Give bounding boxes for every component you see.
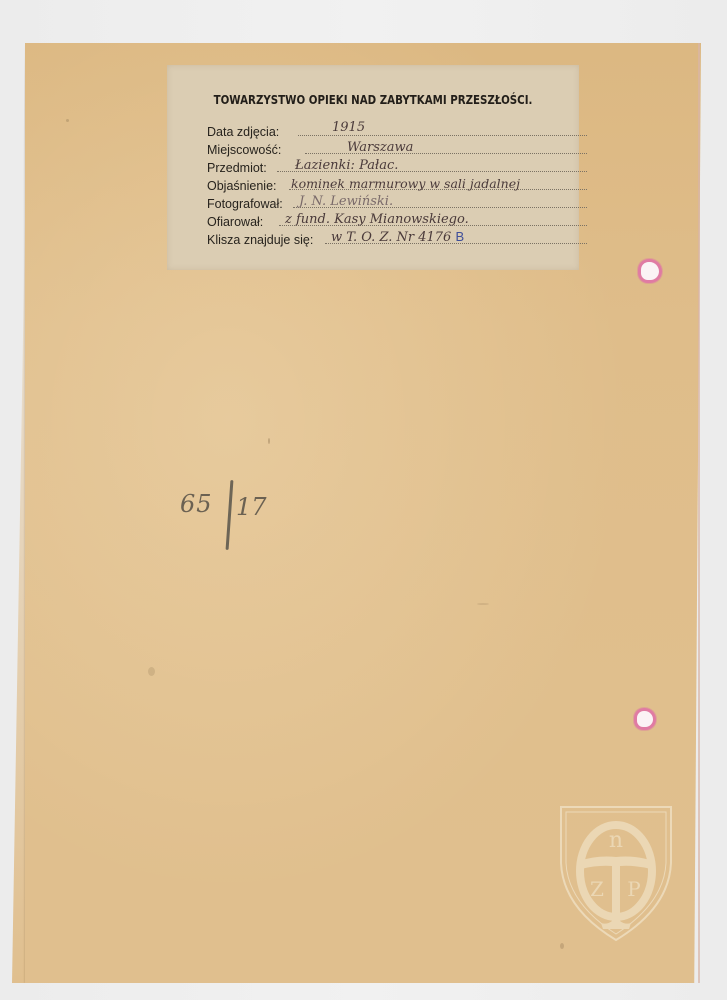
negative-suffix: B	[455, 229, 464, 244]
dotted-line	[298, 135, 587, 136]
pencil-annotation-left: 65	[180, 490, 213, 518]
field-description: Objaśnienie: kominek marmurowy w sali ja…	[207, 175, 547, 193]
field-subject: Przedmiot: Łazienki: Pałac.	[207, 157, 547, 175]
paper-speck	[560, 943, 564, 949]
paper-speck	[148, 667, 155, 676]
field-value: w T. O. Z. Nr 4176 B	[331, 229, 464, 245]
field-value: Łazienki: Pałac.	[295, 158, 398, 173]
field-label: Klisza znajduje się:	[207, 233, 313, 247]
field-value: kominek marmurowy w sali jadalnej	[291, 176, 520, 191]
field-label: Ofiarował:	[207, 215, 263, 229]
field-value: Warszawa	[347, 140, 413, 155]
svg-text:n: n	[609, 828, 623, 853]
field-place: Miejscowość: Warszawa	[207, 139, 547, 157]
field-date: Data zdjęcia: 1915	[207, 121, 547, 139]
field-label: Miejscowość:	[207, 143, 281, 157]
paper-speck	[268, 438, 270, 444]
negative-number: w T. O. Z. Nr 4176	[331, 230, 451, 245]
field-photographer: Fotografował: J. N. Lewiński.	[207, 193, 547, 211]
torn-hole	[637, 711, 653, 727]
field-label: Przedmiot:	[207, 161, 267, 175]
field-label: Data zdjęcia:	[207, 125, 279, 139]
field-negative-location: Klisza znajduje się: w T. O. Z. Nr 4176 …	[207, 229, 547, 247]
paper-right-edge	[698, 43, 700, 983]
label-title: TOWARZYSTWO OPIEKI NAD ZABYTKAMI PRZESZŁ…	[204, 92, 542, 107]
field-label: Objaśnienie:	[207, 179, 277, 193]
field-value: 1915	[332, 120, 365, 135]
field-donor: Ofiarował: z fund. Kasy Mianowskiego.	[207, 211, 547, 229]
scan-background: TOWARZYSTWO OPIEKI NAD ZABYTKAMI PRZESZŁ…	[0, 0, 727, 1000]
svg-text:Z: Z	[590, 877, 604, 901]
embossed-monogram-stamp: n Z P	[557, 803, 675, 943]
field-value: z fund. Kasy Mianowskiego.	[285, 212, 469, 227]
paper-speck	[66, 119, 69, 122]
field-label: Fotografował:	[207, 197, 283, 211]
paper-speck	[477, 603, 489, 605]
svg-text:P: P	[627, 877, 640, 901]
field-value: J. N. Lewiński.	[299, 194, 393, 209]
pencil-annotation-right: 17	[236, 493, 267, 521]
torn-hole	[641, 262, 659, 280]
institution-label-card: TOWARZYSTWO OPIEKI NAD ZABYTKAMI PRZESZŁ…	[167, 65, 579, 270]
